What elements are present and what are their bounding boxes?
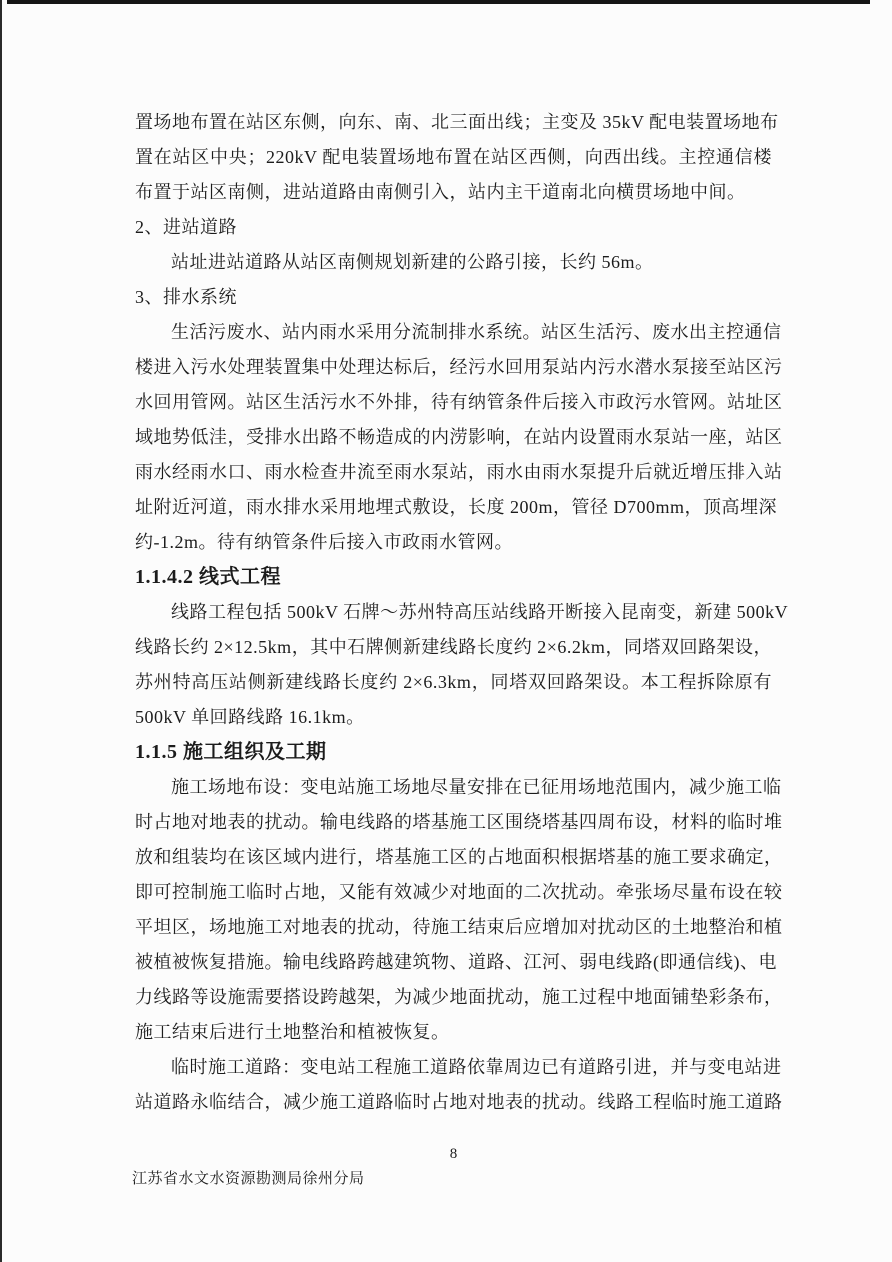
- text-line: 被植被恢复措施。输电线路跨越建筑物、道路、江河、弱电线路(即通信线)、电: [135, 945, 772, 980]
- text-line: 2、进站道路: [135, 210, 772, 245]
- text-line: 3、排水系统: [135, 280, 772, 315]
- scan-edge-top: [7, 0, 870, 4]
- page-number: 8: [135, 1144, 772, 1164]
- text-line: 即可控制施工临时占地，又能有效减少对地面的二次扰动。牵张场尽量布设在较: [135, 875, 772, 910]
- text-line: 放和组装均在该区域内进行，塔基施工区的占地面积根据塔基的施工要求确定，: [135, 840, 772, 875]
- text-line: 址附近河道，雨水排水采用地埋式敷设，长度 200m，管径 D700mm，顶高埋深: [135, 490, 772, 525]
- text-line: 生活污废水、站内雨水采用分流制排水系统。站区生活污、废水出主控通信: [135, 315, 772, 350]
- section-heading: 1.1.4.2 线式工程: [135, 560, 772, 595]
- scan-edge-left: [0, 0, 2, 1262]
- text-line: 线路长约 2×12.5km，其中石牌侧新建线路长度约 2×6.2km，同塔双回路…: [135, 630, 772, 665]
- text-line: 置场地布置在站区东侧，向东、南、北三面出线；主变及 35kV 配电装置场地布: [135, 105, 772, 140]
- text-line: 施工场地布设：变电站施工场地尽量安排在已征用场地范围内，减少施工临: [135, 770, 772, 805]
- text-line: 线路工程包括 500kV 石牌～苏州特高压站线路开断接入昆南变，新建 500kV: [135, 595, 772, 630]
- text-line: 站址进站道路从站区南侧规划新建的公路引接，长约 56m。: [135, 245, 772, 280]
- text-line: 施工结束后进行土地整治和植被恢复。: [135, 1015, 772, 1050]
- text-line: 站道路永临结合，减少施工道路临时占地对地表的扰动。线路工程临时施工道路: [135, 1085, 772, 1120]
- document-body: 置场地布置在站区东侧，向东、南、北三面出线；主变及 35kV 配电装置场地布置在…: [135, 105, 772, 1120]
- text-line: 雨水经雨水口、雨水检查井流至雨水泵站，雨水由雨水泵提升后就近增压排入站: [135, 455, 772, 490]
- text-line: 布置于站区南侧，进站道路由南侧引入，站内主干道南北向横贯场地中间。: [135, 175, 772, 210]
- section-heading: 1.1.5 施工组织及工期: [135, 735, 772, 770]
- text-line: 力线路等设施需要搭设跨越架，为减少地面扰动，施工过程中地面铺垫彩条布，: [135, 980, 772, 1015]
- text-line: 平坦区，场地施工对地表的扰动，待施工结束后应增加对扰动区的土地整治和植: [135, 910, 772, 945]
- text-line: 时占地对地表的扰动。输电线路的塔基施工区围绕塔基四周布设，材料的临时堆: [135, 805, 772, 840]
- text-line: 置在站区中央；220kV 配电装置场地布置在站区西侧，向西出线。主控通信楼: [135, 140, 772, 175]
- footer-organization: 江苏省水文水资源勘测局徐州分局: [132, 1168, 365, 1190]
- text-line: 楼进入污水处理装置集中处理达标后，经污水回用泵站内污水潜水泵接至站区污: [135, 350, 772, 385]
- text-line: 水回用管网。站区生活污水不外排，待有纳管条件后接入市政污水管网。站址区: [135, 385, 772, 420]
- text-line: 临时施工道路：变电站工程施工道路依靠周边已有道路引进，并与变电站进: [135, 1050, 772, 1085]
- text-line: 域地势低洼，受排水出路不畅造成的内涝影响，在站内设置雨水泵站一座，站区: [135, 420, 772, 455]
- text-line: 约-1.2m。待有纳管条件后接入市政雨水管网。: [135, 525, 772, 560]
- document-page: 置场地布置在站区东侧，向东、南、北三面出线；主变及 35kV 配电装置场地布置在…: [0, 0, 892, 1262]
- text-line: 500kV 单回路线路 16.1km。: [135, 700, 772, 735]
- text-line: 苏州特高压站侧新建线路长度约 2×6.3km，同塔双回路架设。本工程拆除原有: [135, 665, 772, 700]
